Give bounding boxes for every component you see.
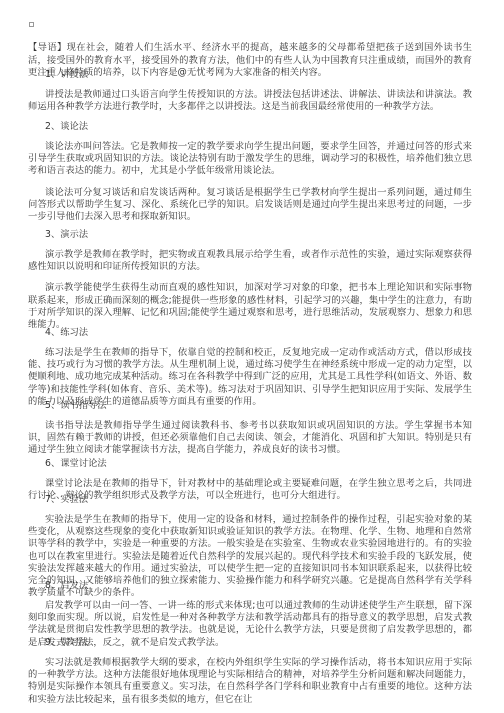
image-placeholder-marker xyxy=(29,22,34,27)
section-heading: 2、谈论法 xyxy=(28,121,472,133)
section-discussion-method: 2、谈论法 谈论法亦叫问答法。它是教师按一定的教学要求向学生提出问题，要求学生回… xyxy=(28,121,472,223)
section-heading: 8、启发法 xyxy=(28,580,472,592)
section-paragraph: 演示教学能使学生获得生动而直观的感性知识，加深对学习对象的印象，把书本上理论知识… xyxy=(28,282,472,331)
section-paragraph: 谈论法可分复习谈话和启发谈话两种。复习谈话是根据学生已学教材向学生提出一系列问题… xyxy=(28,187,472,224)
section-heading: 7、实验法 xyxy=(28,494,472,506)
section-heading: 6、课堂讨论法 xyxy=(28,458,472,470)
section-practice-method: 4、练习法 练习法是学生在教师的指导下，依靠自觉的控制和校正，反复地完成一定动作… xyxy=(28,327,472,408)
section-lecture-method: 1、讲授法 讲授法是教师通过口头语言向学生传授知识的方法。讲授法包括讲述法、讲解… xyxy=(28,69,472,113)
section-paragraph: 讲授法是教师通过口头语言向学生传授知识的方法。讲授法包括讲述法、讲解法、讲读法和… xyxy=(28,89,472,113)
section-paragraph: 练习法是学生在教师的指导下，依靠自觉的控制和校正，反复地完成一定动作或活动方式，… xyxy=(28,347,472,408)
section-demonstration-method: 3、演示法 演示教学是教师在教学时，把实物或直观教具展示给学生看，或者作示范性的… xyxy=(28,229,472,331)
section-paragraph: 演示教学是教师在教学时，把实物或直观教具展示给学生看，或者作示范性的实验，通过实… xyxy=(28,249,472,273)
section-heading: 9、实习法 xyxy=(28,637,472,649)
section-paragraph: 实习法就是教师根据教学大纲的要求，在校内外组织学生实际的学习操作活动，将书本知识… xyxy=(28,657,472,706)
section-paragraph: 谈论法亦叫问答法。它是教师按一定的教学要求向学生提出问题，要求学生回答，并通过问… xyxy=(28,141,472,178)
section-paragraph: 读书指导法是教师指导学生通过阅读教科书、参考书以获取知识或巩固知识的方法。学生掌… xyxy=(28,420,472,457)
section-heading: 4、练习法 xyxy=(28,327,472,339)
section-reading-guidance-method: 5、读书指导法 读书指导法是教师指导学生通过阅读教科书、参考书以获取知识或巩固知… xyxy=(28,400,472,457)
section-internship-method: 9、实习法 实习法就是教师根据教学大纲的要求，在校内外组织学生实际的学习操作活动… xyxy=(28,637,472,706)
section-heading: 1、讲授法 xyxy=(28,69,472,81)
section-heading: 5、读书指导法 xyxy=(28,400,472,412)
section-heading: 3、演示法 xyxy=(28,229,472,241)
